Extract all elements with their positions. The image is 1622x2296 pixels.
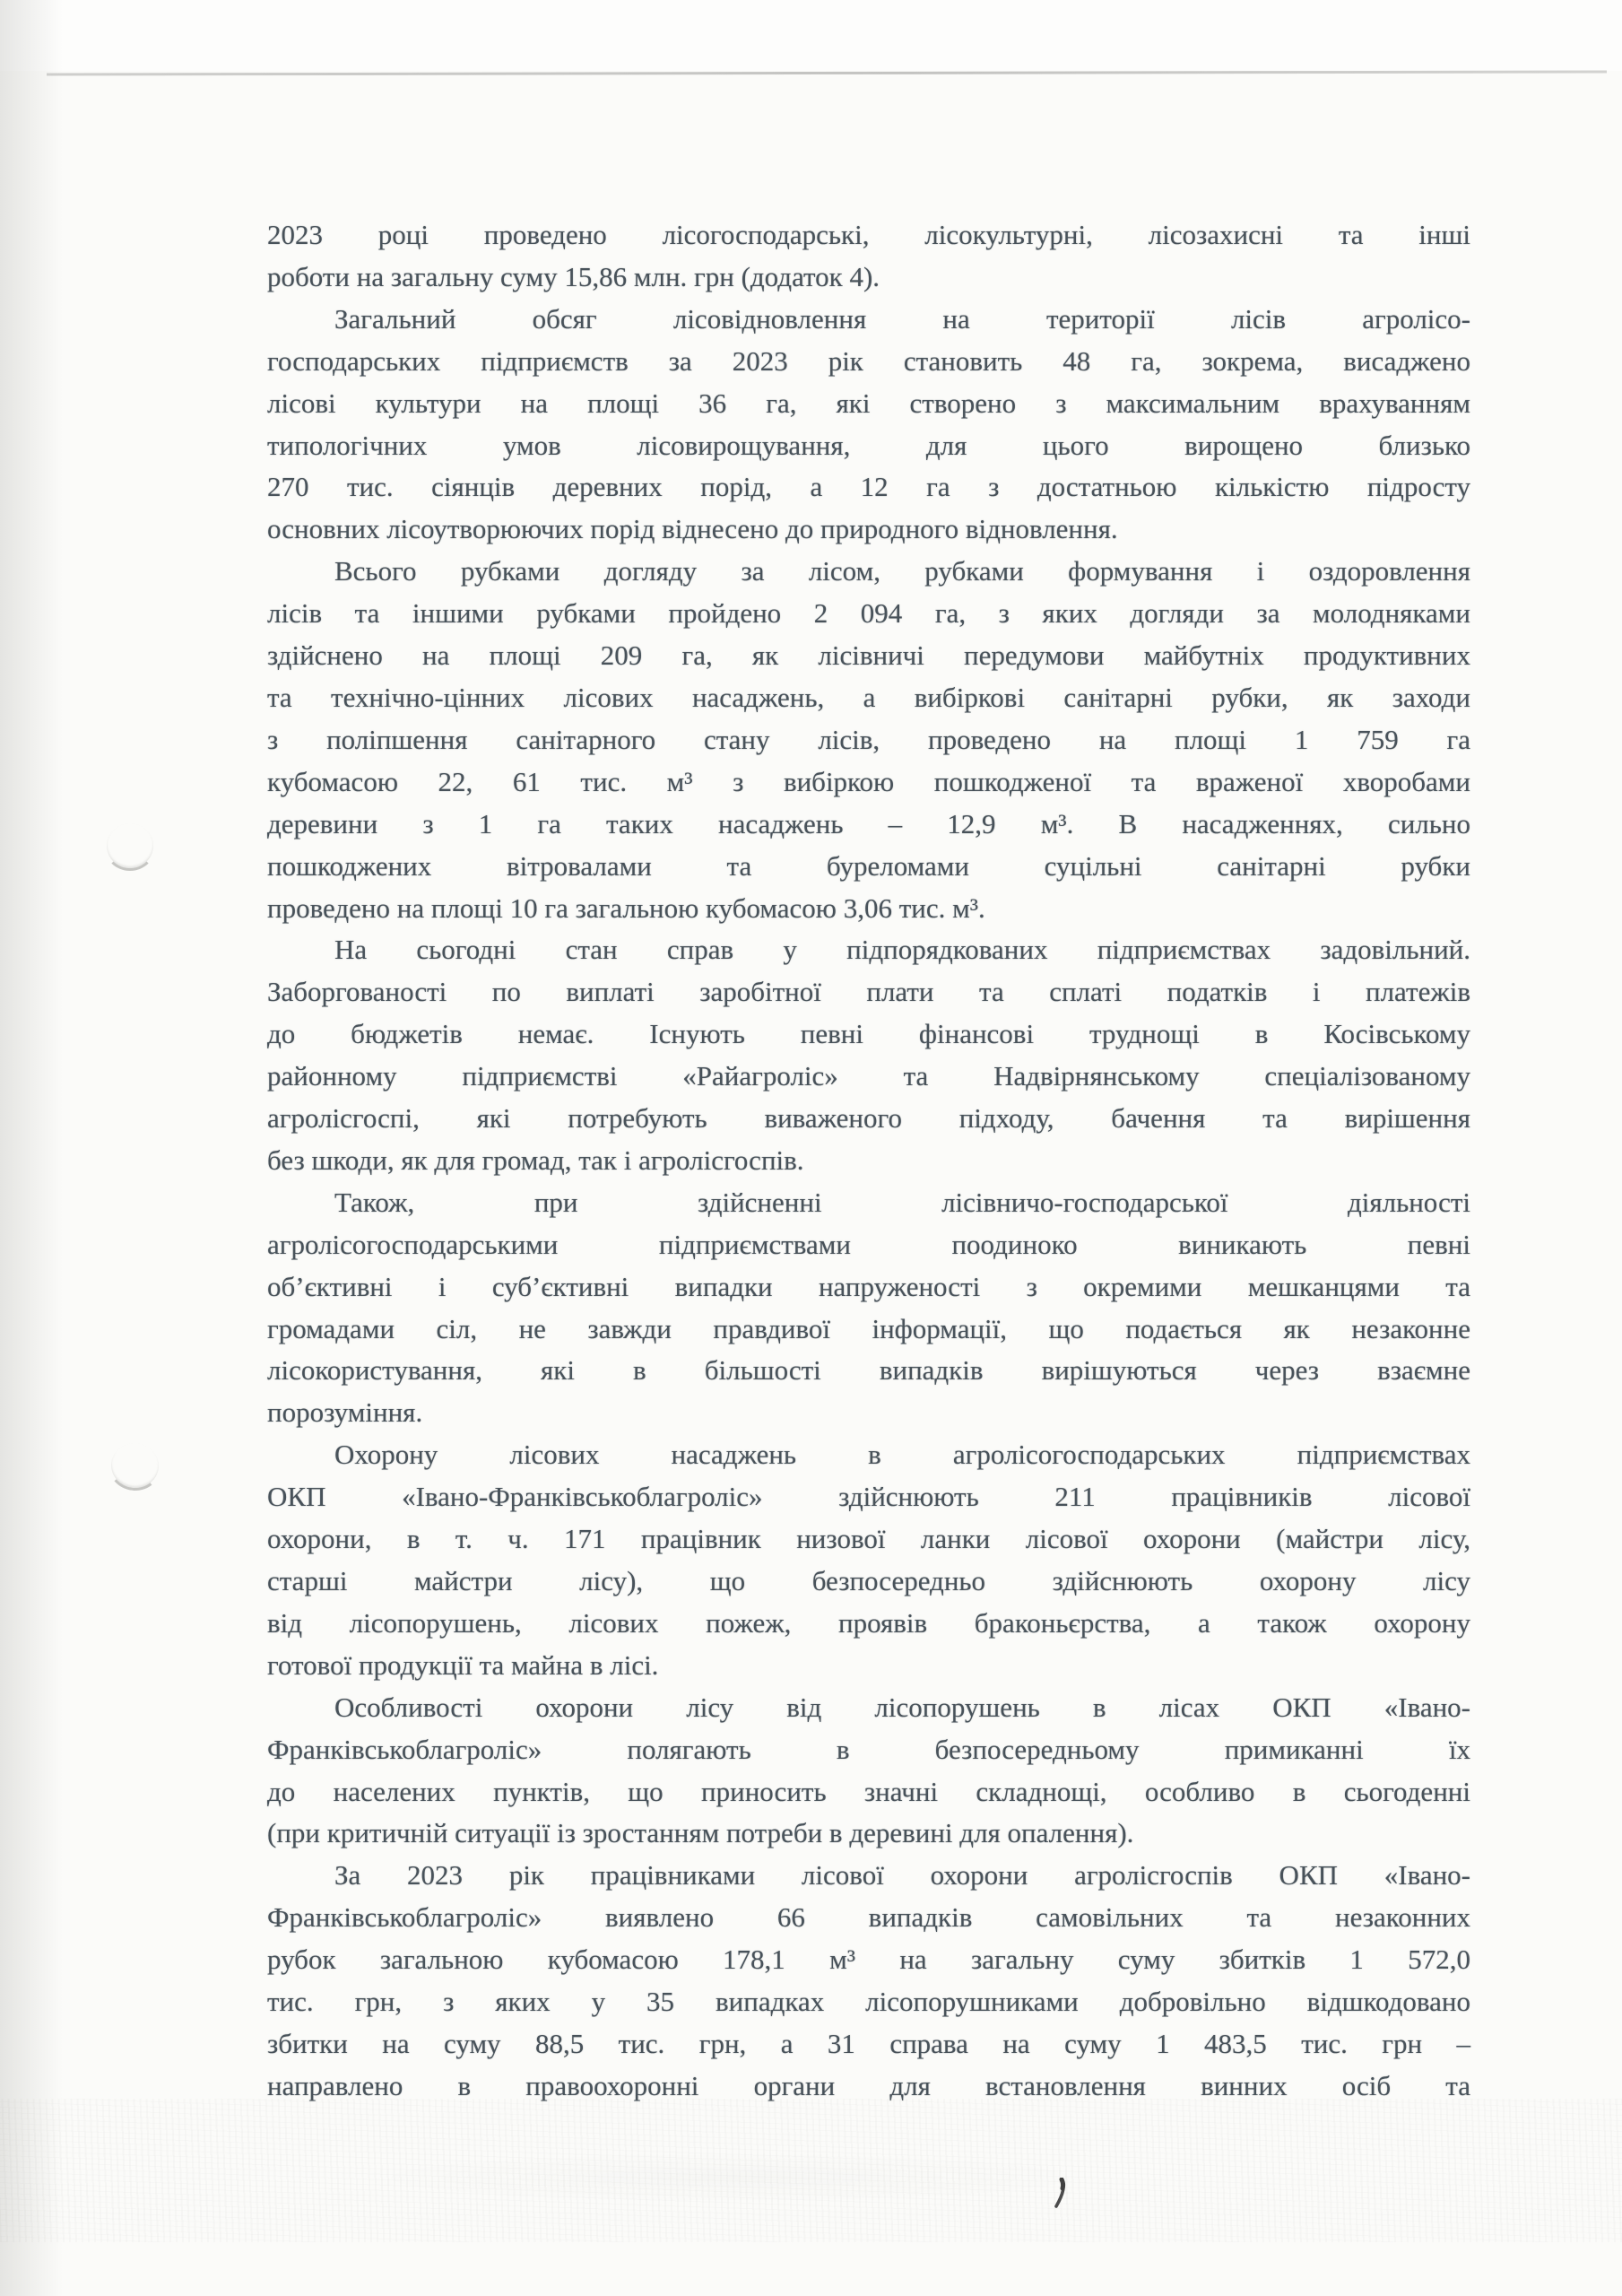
scanner-noise-band (0, 2099, 1622, 2242)
text-line: основних лісоутворюючих порід віднесено … (267, 509, 1470, 551)
text-line: тис. грн, з яких у 35 випадках лісопоруш… (267, 1981, 1470, 2023)
text-line: Загальний обсяг лісовідновлення на терит… (267, 299, 1470, 341)
text-line: до населених пунктів, що приносить значн… (267, 1771, 1470, 1813)
text-line: з поліпшення санітарного стану лісів, пр… (267, 719, 1470, 761)
text-line: Франківськоблагроліс» полягають в безпос… (267, 1729, 1470, 1771)
text-line: здійснено на площі 209 га, як лісівничі … (267, 635, 1470, 677)
punch-hole-icon (106, 1438, 164, 1493)
text-line: готової продукції та майна в лісі. (267, 1645, 1470, 1687)
text-line: об’єктивні і суб’єктивні випадки напруже… (267, 1266, 1470, 1309)
text-line: лісів та іншими рубками пройдено 2 094 г… (267, 593, 1470, 635)
text-line: рубок загальною кубомасою 178,1 м³ на за… (267, 1939, 1470, 1981)
text-line: (при критичній ситуації із зростанням по… (267, 1813, 1470, 1855)
paragraph: Також, при здійсненні лісівничо-господар… (267, 1182, 1470, 1434)
text-line: порозуміння. (267, 1392, 1470, 1434)
text-line: Заборгованості по виплаті заробітної пла… (267, 971, 1470, 1013)
text-line: агролісгоспі, які потребують виваженого … (267, 1098, 1470, 1140)
text-line: ОКП «Івано-Франківськоблагроліс» здійсню… (267, 1476, 1470, 1518)
paragraph: Всього рубками догляду за лісом, рубками… (267, 551, 1470, 929)
text-line: районному підприємстві «Райагроліс» та Н… (267, 1056, 1470, 1098)
text-line: старші майстри лісу), що безпосередньо з… (267, 1561, 1470, 1603)
text-line: громадами сіл, не завжди правдивої інфор… (267, 1309, 1470, 1351)
punch-hole-icon (104, 821, 156, 871)
text-line: Особливості охорони лісу від лісопорушен… (267, 1687, 1470, 1729)
text-line: Також, при здійсненні лісівничо-господар… (267, 1182, 1470, 1224)
text-line: збитки на суму 88,5 тис. грн, а 31 справ… (267, 2023, 1470, 2066)
paragraph: На сьогодні стан справ у підпорядкованих… (267, 929, 1470, 1181)
text-line: типологічних умов лісовирощування, для ц… (267, 425, 1470, 467)
paragraph: Охорону лісових насаджень в агролісогосп… (267, 1434, 1470, 1686)
text-line: проведено на площі 10 га загальною кубом… (267, 888, 1470, 930)
text-line: та технічно-цінних лісових насаджень, а … (267, 677, 1470, 719)
text-line: Охорону лісових насаджень в агролісогосп… (267, 1434, 1470, 1476)
page-top-edge-line (47, 70, 1607, 75)
text-line: На сьогодні стан справ у підпорядкованих… (267, 929, 1470, 971)
text-line: лісокористування, які в більшості випадк… (267, 1350, 1470, 1392)
scan-left-edge-shadow (0, 0, 63, 2296)
text-line: 270 тис. сіянців деревних порід, а 12 га… (267, 466, 1470, 509)
text-line: без шкоди, як для громад, так і агролісг… (267, 1140, 1470, 1182)
text-line: роботи на загальну суму 15,86 млн. грн (… (267, 257, 1470, 299)
paragraph: За 2023 рік працівниками лісової охорони… (267, 1855, 1470, 2107)
text-line: 2023 році проведено лісогосподарські, лі… (267, 214, 1470, 257)
text-line: від лісопорушень, лісових пожеж, проявів… (267, 1603, 1470, 1645)
paragraph: Загальний обсяг лісовідновлення на терит… (267, 299, 1470, 551)
text-line: За 2023 рік працівниками лісової охорони… (267, 1855, 1470, 1897)
text-line: господарських підприємств за 2023 рік ст… (267, 341, 1470, 383)
text-line: агролісогосподарськими підприємствами по… (267, 1224, 1470, 1266)
scan-background-strip (0, 0, 1622, 71)
document-body-text: 2023 році проведено лісогосподарські, лі… (267, 214, 1470, 2108)
scanned-document-page: 2023 році проведено лісогосподарські, лі… (0, 0, 1622, 2296)
text-line: Всього рубками догляду за лісом, рубками… (267, 551, 1470, 593)
text-line: пошкоджених вітровалами та буреломами су… (267, 846, 1470, 888)
text-line: охорони, в т. ч. 171 працівник низової л… (267, 1518, 1470, 1561)
text-line: Франківськоблагроліс» виявлено 66 випадк… (267, 1897, 1470, 1939)
text-line: кубомасою 22, 61 тис. м³ з вибіркою пошк… (267, 761, 1470, 804)
paragraph: Особливості охорони лісу від лісопорушен… (267, 1687, 1470, 1856)
text-line: лісові культури на площі 36 га, які ство… (267, 383, 1470, 425)
text-line: до бюджетів немає. Існують певні фінансо… (267, 1013, 1470, 1056)
paragraph: 2023 році проведено лісогосподарські, лі… (267, 214, 1470, 299)
text-line: деревини з 1 га таких насаджень – 12,9 м… (267, 804, 1470, 846)
